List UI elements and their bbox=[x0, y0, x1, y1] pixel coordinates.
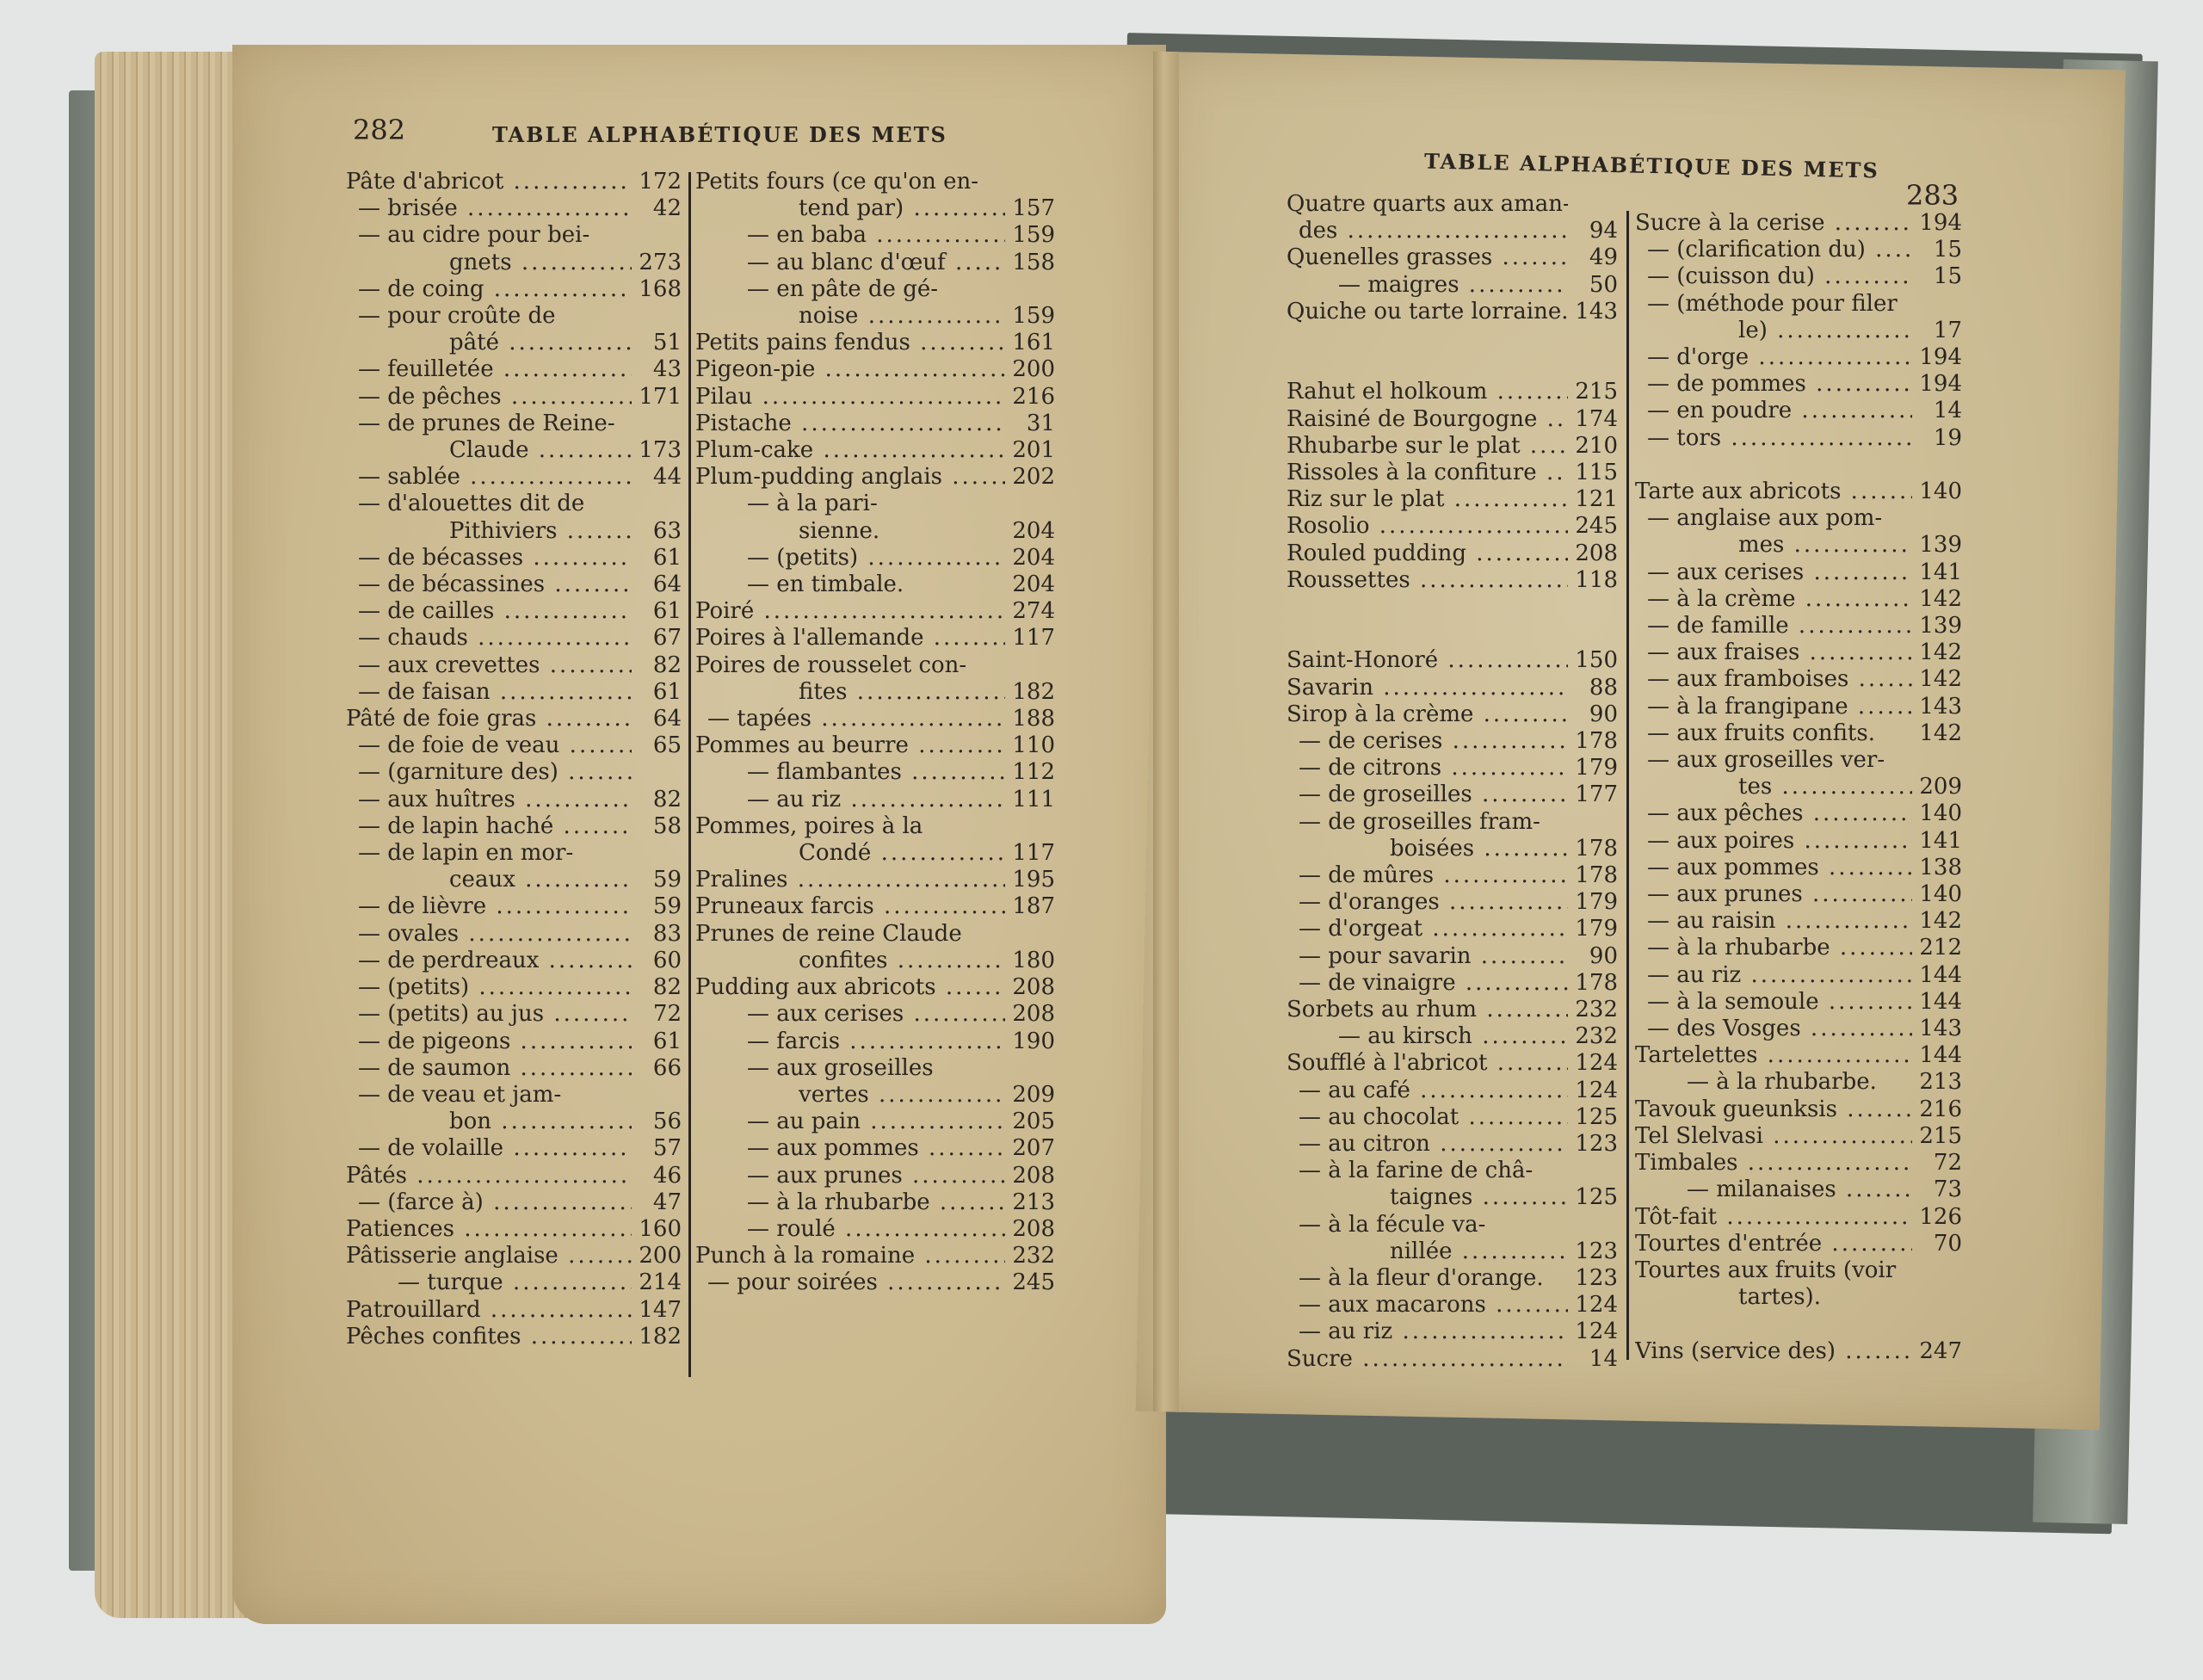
entry-page-number: 208 bbox=[1005, 974, 1055, 1001]
entry-page-number: 117 bbox=[1005, 625, 1055, 652]
entry-label: — pour savarin bbox=[1299, 943, 1568, 970]
entry-page-number: 140 bbox=[1912, 479, 1962, 505]
entry-page-number: 140 bbox=[1912, 881, 1962, 908]
entry-page-number: 67 bbox=[632, 625, 682, 652]
entry-page-number: 143 bbox=[1912, 1016, 1962, 1042]
entry-page-number: 273 bbox=[632, 250, 682, 276]
entry-label: — farcis bbox=[747, 1028, 1005, 1055]
index-entry: — au citron123 bbox=[1287, 1131, 1618, 1158]
entry-page-number: 141 bbox=[1912, 828, 1962, 855]
entry-page-number: 208 bbox=[1568, 540, 1618, 567]
entry-page-number: 42 bbox=[632, 195, 682, 222]
entry-label: — au café bbox=[1299, 1078, 1568, 1104]
entry-label: — au blanc d'œuf bbox=[747, 250, 1005, 276]
entry-page-number: 245 bbox=[1005, 1269, 1055, 1296]
entry-label: — tors bbox=[1647, 425, 1912, 452]
entry-label: Pêches confites bbox=[346, 1324, 632, 1350]
entry-page-number: 51 bbox=[632, 330, 682, 356]
index-entry: — de lapin haché58 bbox=[346, 813, 682, 840]
entry-page-number: 147 bbox=[632, 1297, 682, 1324]
index-entry: — (clarification du)15 bbox=[1635, 237, 1962, 263]
entry-page-number: 138 bbox=[1912, 855, 1962, 881]
entry-label: — pour croûte de bbox=[358, 303, 632, 330]
index-spacer bbox=[1287, 621, 1618, 647]
index-entry: — de vinaigre178 bbox=[1287, 970, 1618, 997]
index-entry: — de perdreaux60 bbox=[346, 948, 682, 974]
index-entry: — aux macarons124 bbox=[1287, 1292, 1618, 1319]
entry-page-number: 123 bbox=[1568, 1265, 1618, 1292]
entry-label: sienne. bbox=[799, 518, 1005, 545]
entry-label: tend par) bbox=[799, 195, 1005, 222]
entry-page-number: 61 bbox=[632, 598, 682, 625]
entry-page-number: 161 bbox=[1005, 330, 1055, 356]
entry-page-number: 123 bbox=[1568, 1131, 1618, 1158]
right-page-column-2: Sucre à la cerise194— (clarification du)… bbox=[1635, 210, 1962, 1365]
index-entry: — aux prunes140 bbox=[1635, 881, 1962, 908]
entry-page-number: 177 bbox=[1568, 781, 1618, 808]
entry-page-number: 72 bbox=[632, 1001, 682, 1028]
entry-label: — de saumon bbox=[358, 1055, 632, 1082]
entry-label: — de cerises bbox=[1299, 728, 1568, 755]
entry-label: — de bécasses bbox=[358, 545, 632, 571]
entry-label: noise bbox=[799, 303, 1005, 330]
entry-page-number: 141 bbox=[1912, 559, 1962, 586]
entry-label: — à la semoule bbox=[1647, 989, 1912, 1016]
index-entry: Quenelles grasses49 bbox=[1287, 244, 1618, 271]
index-entry: — de veau et jam- bbox=[346, 1082, 682, 1109]
index-entry: des94 bbox=[1287, 218, 1618, 244]
index-entry: — aux prunes208 bbox=[695, 1163, 1055, 1189]
entry-page-number: 56 bbox=[632, 1109, 682, 1135]
entry-label: Tel Slelvasi bbox=[1635, 1123, 1912, 1150]
left-page-header: TABLE ALPHABÉTIQUE DES METS bbox=[492, 122, 947, 147]
entry-label: — (cuisson du) bbox=[1647, 263, 1912, 290]
index-entry: — roulé208 bbox=[695, 1216, 1055, 1243]
entry-label: Rouled pudding bbox=[1287, 540, 1568, 567]
entry-label: — aux groseilles bbox=[747, 1055, 1005, 1082]
index-entry: Raisiné de Bourgogne174 bbox=[1287, 406, 1618, 433]
entry-label: — roulé bbox=[747, 1216, 1005, 1243]
index-entry: gnets273 bbox=[346, 250, 682, 276]
left-page-column-2: Petits fours (ce qu'on en-tend par)157— … bbox=[695, 169, 1055, 1297]
column-divider bbox=[688, 172, 691, 1377]
entry-page-number: 188 bbox=[1005, 706, 1055, 732]
index-entry: — sablée44 bbox=[346, 464, 682, 491]
entry-page-number: 209 bbox=[1912, 774, 1962, 800]
entry-page-number: 70 bbox=[1912, 1231, 1962, 1257]
entry-page-number: 59 bbox=[632, 867, 682, 893]
entry-label: Saint-Honoré bbox=[1287, 647, 1568, 674]
entry-label: — de volaille bbox=[358, 1135, 632, 1162]
entry-label: — pour soirées bbox=[707, 1269, 1005, 1296]
index-entry: — de groseilles fram- bbox=[1287, 809, 1618, 836]
index-entry: — au pain205 bbox=[695, 1109, 1055, 1135]
index-entry: — de lièvre59 bbox=[346, 893, 682, 920]
entry-label: — de pommes bbox=[1647, 371, 1912, 398]
entry-page-number: 64 bbox=[632, 571, 682, 598]
entry-label: — aux macarons bbox=[1299, 1292, 1568, 1319]
index-entry: — d'oranges179 bbox=[1287, 889, 1618, 916]
entry-page-number: 125 bbox=[1568, 1184, 1618, 1211]
entry-label: — aux crevettes bbox=[358, 652, 632, 679]
entry-label: Pilau bbox=[695, 384, 1005, 411]
entry-label: — aux framboises bbox=[1647, 666, 1912, 693]
index-entry: Condé117 bbox=[695, 840, 1055, 867]
entry-page-number: 171 bbox=[632, 384, 682, 411]
entry-page-number: 125 bbox=[1568, 1104, 1618, 1131]
entry-label: mes bbox=[1738, 532, 1912, 559]
index-entry: — de cailles61 bbox=[346, 598, 682, 625]
entry-page-number: 50 bbox=[1568, 272, 1618, 299]
entry-label: Rhubarbe sur le plat bbox=[1287, 433, 1568, 460]
index-entry: Tourtes d'entrée70 bbox=[1635, 1231, 1962, 1257]
entry-page-number: 204 bbox=[1005, 518, 1055, 545]
index-entry: Pistache31 bbox=[695, 411, 1055, 437]
entry-label: — aux poires bbox=[1647, 828, 1912, 855]
index-entry: — de pigeons61 bbox=[346, 1028, 682, 1055]
index-entry: Pâtisserie anglaise200 bbox=[346, 1243, 682, 1269]
entry-label: Prunes de reine Claude bbox=[695, 921, 1005, 948]
entry-label: — turque bbox=[398, 1269, 632, 1296]
index-entry: — (petits)204 bbox=[695, 545, 1055, 571]
entry-page-number bbox=[1912, 291, 1962, 318]
entry-label: Punch à la romaine bbox=[695, 1243, 1005, 1269]
entry-page-number: 90 bbox=[1568, 701, 1618, 728]
entry-label: Pâté de foie gras bbox=[346, 706, 632, 732]
entry-page-number: 66 bbox=[632, 1055, 682, 1082]
entry-page-number: 180 bbox=[1005, 948, 1055, 974]
column-divider bbox=[1626, 211, 1629, 1360]
index-entry: Rhubarbe sur le plat210 bbox=[1287, 433, 1618, 460]
entry-label: Claude bbox=[449, 437, 632, 464]
entry-label: — au kirsch bbox=[1338, 1023, 1568, 1050]
index-entry: — à la frangipane143 bbox=[1635, 694, 1962, 720]
entry-page-number: 123 bbox=[1568, 1238, 1618, 1265]
entry-label: Sucre bbox=[1287, 1346, 1568, 1373]
entry-page-number: 57 bbox=[632, 1135, 682, 1162]
entry-label: — de groseilles bbox=[1299, 781, 1568, 808]
entry-label: — de vinaigre bbox=[1299, 970, 1568, 997]
index-entry: bon56 bbox=[346, 1109, 682, 1135]
entry-label: le) bbox=[1738, 318, 1912, 344]
entry-page-number: 142 bbox=[1912, 720, 1962, 747]
index-entry: Soufflé à l'abricot124 bbox=[1287, 1050, 1618, 1077]
entry-page-number: 208 bbox=[1005, 1001, 1055, 1028]
entry-page-number: 182 bbox=[1005, 679, 1055, 706]
index-entry: Pralines195 bbox=[695, 867, 1055, 893]
entry-label: Poires à l'allemande bbox=[695, 625, 1005, 652]
entry-page-number: 44 bbox=[632, 464, 682, 491]
entry-page-number: 121 bbox=[1568, 486, 1618, 513]
index-entry: Patiences160 bbox=[346, 1216, 682, 1243]
entry-label: Tourtes aux fruits (voir bbox=[1635, 1257, 1912, 1284]
entry-label: — à la farine de châ- bbox=[1299, 1158, 1568, 1184]
index-entry: tartes). bbox=[1635, 1284, 1962, 1311]
entry-page-number bbox=[1912, 747, 1962, 774]
index-spacer bbox=[1635, 1311, 1962, 1337]
index-entry: Pruneaux farcis187 bbox=[695, 893, 1055, 920]
left-page-column-1: Pâte d'abricot172— brisée42— au cidre po… bbox=[346, 169, 682, 1350]
entry-page-number: 213 bbox=[1005, 1189, 1055, 1216]
index-entry: — aux cerises208 bbox=[695, 1001, 1055, 1028]
index-entry: Savarin88 bbox=[1287, 675, 1618, 701]
index-spacer bbox=[1635, 452, 1962, 479]
entry-page-number: 187 bbox=[1005, 893, 1055, 920]
entry-label: — d'orgeat bbox=[1299, 916, 1568, 942]
index-entry: Poires de rousselet con- bbox=[695, 652, 1055, 679]
entry-label: Riz sur le plat bbox=[1287, 486, 1568, 513]
index-entry: fites182 bbox=[695, 679, 1055, 706]
entry-page-number: 14 bbox=[1568, 1346, 1618, 1373]
entry-page-number: 17 bbox=[1912, 318, 1962, 344]
index-entry: — de coing168 bbox=[346, 276, 682, 303]
entry-page-number bbox=[1005, 813, 1055, 840]
entry-label: confites bbox=[799, 948, 1005, 974]
entry-label: taignes bbox=[1390, 1184, 1568, 1211]
entry-label: Pigeon-pie bbox=[695, 356, 1005, 383]
entry-page-number: 232 bbox=[1568, 997, 1618, 1023]
entry-label: boisées bbox=[1390, 836, 1568, 862]
index-entry: — aux groseilles ver- bbox=[1635, 747, 1962, 774]
index-entry: — chauds67 bbox=[346, 625, 682, 652]
index-entry: — à la farine de châ- bbox=[1287, 1158, 1618, 1184]
index-entry: tend par)157 bbox=[695, 195, 1055, 222]
entry-label: — (garniture des) bbox=[358, 759, 632, 786]
entry-label: — de coing bbox=[358, 276, 632, 303]
entry-page-number: 204 bbox=[1005, 571, 1055, 598]
entry-label: vertes bbox=[799, 1082, 1005, 1109]
entry-page-number: 126 bbox=[1912, 1204, 1962, 1231]
index-spacer bbox=[1287, 352, 1618, 379]
entry-label: — à la crème bbox=[1647, 586, 1912, 613]
entry-label: — (petits) bbox=[747, 545, 1005, 571]
entry-page-number: 72 bbox=[1912, 1150, 1962, 1177]
entry-page-number: 124 bbox=[1568, 1292, 1618, 1319]
index-entry: Petits pains fendus161 bbox=[695, 330, 1055, 356]
entry-label: tes bbox=[1738, 774, 1912, 800]
entry-label: — au pain bbox=[747, 1109, 1005, 1135]
right-page bbox=[1136, 52, 2126, 1430]
index-entry: tes209 bbox=[1635, 774, 1962, 800]
entry-page-number bbox=[632, 759, 682, 786]
index-entry: — en pâte de gé- bbox=[695, 276, 1055, 303]
entry-page-number: 139 bbox=[1912, 613, 1962, 639]
index-entry: Patrouillard147 bbox=[346, 1297, 682, 1324]
entry-label: — aux cerises bbox=[747, 1001, 1005, 1028]
entry-page-number: 82 bbox=[632, 787, 682, 813]
entry-label: — de bécassines bbox=[358, 571, 632, 598]
index-entry: Quatre quarts aux aman- bbox=[1287, 191, 1618, 218]
entry-label: Pudding aux abricots bbox=[695, 974, 1005, 1001]
entry-page-number bbox=[1568, 191, 1618, 218]
entry-page-number: 65 bbox=[632, 732, 682, 759]
index-entry: — anglaise aux pom- bbox=[1635, 505, 1962, 532]
entry-label: — (petits) bbox=[358, 974, 632, 1001]
entry-label: — en baba bbox=[747, 222, 1005, 249]
entry-label: Pommes au beurre bbox=[695, 732, 1005, 759]
entry-page-number: 214 bbox=[632, 1269, 682, 1296]
entry-page-number: 73 bbox=[1912, 1177, 1962, 1203]
index-entry: — pour savarin90 bbox=[1287, 943, 1618, 970]
entry-label: — de citrons bbox=[1299, 755, 1568, 781]
index-entry: sienne.204 bbox=[695, 518, 1055, 545]
entry-label: Sorbets au rhum bbox=[1287, 997, 1568, 1023]
entry-page-number: 209 bbox=[1005, 1082, 1055, 1109]
entry-page-number: 245 bbox=[1568, 513, 1618, 540]
index-entry: Tôt-fait126 bbox=[1635, 1204, 1962, 1231]
index-entry: — de volaille57 bbox=[346, 1135, 682, 1162]
entry-page-number: 150 bbox=[1568, 647, 1618, 674]
index-entry: — de famille139 bbox=[1635, 613, 1962, 639]
entry-label: Condé bbox=[799, 840, 1005, 867]
index-entry: — aux pommes207 bbox=[695, 1135, 1055, 1162]
index-entry: Sirop à la crème90 bbox=[1287, 701, 1618, 728]
index-entry: Pigeon-pie200 bbox=[695, 356, 1055, 383]
index-entry: — de bécassines64 bbox=[346, 571, 682, 598]
entry-page-number bbox=[1568, 1158, 1618, 1184]
entry-label: — ovales bbox=[358, 921, 632, 948]
entry-page-number: 178 bbox=[1568, 836, 1618, 862]
index-entry: Plum-cake201 bbox=[695, 437, 1055, 464]
entry-page-number: 142 bbox=[1912, 666, 1962, 693]
index-entry: — d'orgeat179 bbox=[1287, 916, 1618, 942]
entry-page-number: 43 bbox=[632, 356, 682, 383]
entry-page-number: 159 bbox=[1005, 222, 1055, 249]
index-entry: Rosolio245 bbox=[1287, 513, 1618, 540]
entry-label: Rosolio bbox=[1287, 513, 1568, 540]
entry-label: — des Vosges bbox=[1647, 1016, 1912, 1042]
entry-page-number: 82 bbox=[632, 652, 682, 679]
entry-page-number: 117 bbox=[1005, 840, 1055, 867]
index-entry: boisées178 bbox=[1287, 836, 1618, 862]
entry-label: — de pêches bbox=[358, 384, 632, 411]
entry-label: Roussettes bbox=[1287, 567, 1568, 594]
entry-label: — à la pari- bbox=[747, 491, 1005, 517]
index-entry: — de citrons179 bbox=[1287, 755, 1618, 781]
index-entry: Pilau216 bbox=[695, 384, 1055, 411]
entry-label: — au chocolat bbox=[1299, 1104, 1568, 1131]
entry-page-number: 247 bbox=[1912, 1338, 1962, 1365]
index-entry: Poiré274 bbox=[695, 598, 1055, 625]
entry-label: — aux groseilles ver- bbox=[1647, 747, 1912, 774]
entry-label: pâté bbox=[449, 330, 632, 356]
entry-page-number: 194 bbox=[1912, 210, 1962, 237]
index-entry: Prunes de reine Claude bbox=[695, 921, 1055, 948]
book-gutter bbox=[1153, 52, 1179, 1411]
entry-page-number: 88 bbox=[1568, 675, 1618, 701]
index-spacer bbox=[1287, 325, 1618, 352]
entry-page-number: 15 bbox=[1912, 237, 1962, 263]
index-entry: taignes125 bbox=[1287, 1184, 1618, 1211]
entry-label: — à la rhubarbe bbox=[747, 1189, 1005, 1216]
entry-label: Petits pains fendus bbox=[695, 330, 1005, 356]
index-entry: — à la rhubarbe.213 bbox=[1635, 1069, 1962, 1096]
entry-label: Poires de rousselet con- bbox=[695, 652, 1005, 679]
entry-page-number bbox=[1005, 652, 1055, 679]
index-entry: — au riz144 bbox=[1635, 962, 1962, 989]
entry-page-number: 31 bbox=[1005, 411, 1055, 437]
entry-page-number bbox=[1912, 505, 1962, 532]
entry-label: — tapées bbox=[707, 706, 1005, 732]
entry-label: — d'alouettes dit de bbox=[358, 491, 632, 517]
entry-page-number: 139 bbox=[1912, 532, 1962, 559]
entry-label: — de veau et jam- bbox=[358, 1082, 632, 1109]
entry-page-number: 144 bbox=[1912, 1042, 1962, 1069]
entry-label: Quiche ou tarte lorraine. bbox=[1287, 299, 1568, 325]
index-entry: — milanaises73 bbox=[1635, 1177, 1962, 1203]
index-entry: — des Vosges143 bbox=[1635, 1016, 1962, 1042]
index-entry: Vins (service des)247 bbox=[1635, 1338, 1962, 1365]
entry-page-number: 173 bbox=[632, 437, 682, 464]
entry-label: Patrouillard bbox=[346, 1297, 632, 1324]
index-entry: mes139 bbox=[1635, 532, 1962, 559]
index-entry: — au chocolat125 bbox=[1287, 1104, 1618, 1131]
index-entry: — au cidre pour bei- bbox=[346, 222, 682, 249]
index-entry: — (petits) au jus72 bbox=[346, 1001, 682, 1028]
entry-page-number bbox=[632, 222, 682, 249]
entry-page-number: 172 bbox=[632, 169, 682, 195]
index-entry: — aux crevettes82 bbox=[346, 652, 682, 679]
index-entry: — tors19 bbox=[1635, 425, 1962, 452]
index-entry: — d'orge194 bbox=[1635, 344, 1962, 371]
entry-page-number: 212 bbox=[1912, 935, 1962, 961]
index-entry: Pâtés46 bbox=[346, 1163, 682, 1189]
index-entry: — aux poires141 bbox=[1635, 828, 1962, 855]
index-entry: — ovales83 bbox=[346, 921, 682, 948]
entry-label: Timbales bbox=[1635, 1150, 1912, 1177]
entry-page-number: 142 bbox=[1912, 586, 1962, 613]
index-entry: — (farce à)47 bbox=[346, 1189, 682, 1216]
index-entry: — de foie de veau65 bbox=[346, 732, 682, 759]
entry-page-number: 90 bbox=[1568, 943, 1618, 970]
entry-page-number: 61 bbox=[632, 1028, 682, 1055]
entry-page-number: 144 bbox=[1912, 962, 1962, 989]
index-entry: — aux groseilles bbox=[695, 1055, 1055, 1082]
entry-label: — d'orge bbox=[1647, 344, 1912, 371]
index-entry: — (méthode pour filer bbox=[1635, 291, 1962, 318]
index-entry: Plum-pudding anglais202 bbox=[695, 464, 1055, 491]
entry-page-number: 179 bbox=[1568, 916, 1618, 942]
index-entry: Claude173 bbox=[346, 437, 682, 464]
entry-page-number: 232 bbox=[1568, 1023, 1618, 1050]
entry-page-number bbox=[1912, 1257, 1962, 1284]
index-entry: — aux fruits confits.142 bbox=[1635, 720, 1962, 747]
entry-page-number: 178 bbox=[1568, 970, 1618, 997]
entry-page-number: 63 bbox=[632, 518, 682, 545]
entry-page-number: 59 bbox=[632, 893, 682, 920]
entry-label: — de lapin haché bbox=[358, 813, 632, 840]
entry-label: gnets bbox=[449, 250, 632, 276]
entry-label: — aux pommes bbox=[747, 1135, 1005, 1162]
index-entry: — à la fleur d'orange.123 bbox=[1287, 1265, 1618, 1292]
index-entry: Tel Slelvasi215 bbox=[1635, 1123, 1962, 1150]
entry-label: — à la fécule va- bbox=[1299, 1212, 1568, 1238]
entry-label: — anglaise aux pom- bbox=[1647, 505, 1912, 532]
entry-label: Tarte aux abricots bbox=[1635, 479, 1912, 505]
entry-label: — à la rhubarbe bbox=[1647, 935, 1912, 961]
entry-page-number: 210 bbox=[1568, 433, 1618, 460]
entry-page-number bbox=[632, 840, 682, 867]
entry-label: — de groseilles fram- bbox=[1299, 809, 1568, 836]
entry-label: — aux prunes bbox=[1647, 881, 1912, 908]
entry-page-number: 47 bbox=[632, 1189, 682, 1216]
left-page-number: 282 bbox=[353, 114, 405, 146]
index-entry: — de cerises178 bbox=[1287, 728, 1618, 755]
entry-page-number: 168 bbox=[632, 276, 682, 303]
index-entry: — au riz111 bbox=[695, 787, 1055, 813]
entry-page-number: 144 bbox=[1912, 989, 1962, 1016]
entry-label: Pistache bbox=[695, 411, 1005, 437]
